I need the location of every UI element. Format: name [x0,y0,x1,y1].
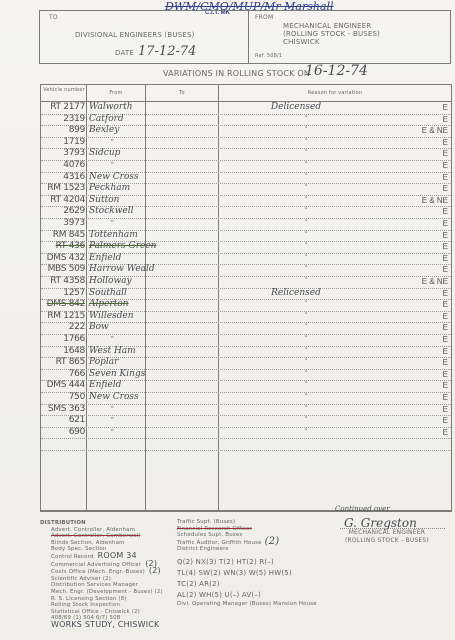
from-garage: Bexley [89,125,169,136]
distribution-item: Statistical Office - Chiswick (2) [40,609,163,616]
page-title: VARIATIONS IN ROLLING STOCK ON [163,69,310,78]
table-row: RT 4358Holloway"E & NE [41,276,451,288]
memo-header: TO DIVISIONAL ENGINEERS (BUSES) DATE 17-… [39,10,451,64]
division-code: E & NE [422,276,448,287]
distribution-item: District Engineers [177,546,317,553]
table-row: 1648West Ham"E [41,346,451,358]
district-code-line: Q(2) NX(3) T(2) HT(2) R(–) [177,557,317,568]
distribution-item-text: Financial Research Officer [177,526,252,532]
distribution-item: Schedules Supt. Buses [177,532,317,539]
reason-for-variation: " [301,137,311,148]
division-code: E [443,357,448,368]
to-label: TO [49,14,58,21]
from-garage: Sutton [89,195,169,206]
distribution-right-items: Traffic Supt. (Buses)Financial Research … [177,519,317,553]
table-row: 766Seven Kings"E [41,369,451,381]
division-code: E [443,160,448,171]
distribution-item: WORKS STUDY, CHISWICK [40,622,163,629]
signature-title-line: (ROLLING STOCK - BUSES) [345,537,429,545]
distribution-item-text: Statistical Office - Chiswick (2) [51,609,140,615]
reason-for-variation: " [301,183,311,194]
column-header-from: From [87,90,145,96]
reason-for-variation: " [301,334,311,345]
from-garage: Enfield [89,253,169,264]
from-garage: Willesden [89,311,169,322]
table-row: 4076""E [41,160,451,172]
district-codes: Q(2) NX(3) T(2) HT(2) R(–)TL(4) SW(2) WN… [177,557,317,601]
vehicle-number: RM 1215 [42,311,85,322]
vehicle-number: RT 4204 [42,195,85,206]
distribution-list-right: Traffic Supt. (Buses)Financial Research … [177,519,317,608]
reason-for-variation: " [301,253,311,264]
from-line: CHISWICK [283,38,380,46]
from-garage: " [111,415,191,426]
division-code: E [443,392,448,403]
reason-for-variation: " [301,114,311,125]
date-label: DATE [115,49,134,57]
distribution-item: Blinds Section, Aldenham [40,540,163,547]
table-row: 1719""E [41,137,451,149]
vehicle-number: 1766 [42,334,85,345]
from-garage: Enfield [89,380,169,391]
row-divider [41,450,451,451]
to-recipient: DIVISIONAL ENGINEERS (BUSES) [75,31,195,39]
distribution-item-note: (2) [149,566,161,575]
division-code: E [443,253,448,264]
division-code: E [443,380,448,391]
distribution-item-text: Blinds Section, Aldenham [51,540,125,546]
from-garage: Alperton [89,299,169,310]
vehicle-number: 3973 [42,218,85,229]
table-row: RM 1523Peckham"E [41,183,451,195]
reason-for-variation: " [301,148,311,159]
division-code: E [443,299,448,310]
from-garage: Bow [89,322,169,333]
table-row: 621""E [41,415,451,427]
distribution-item-text: Schedules Supt. Buses [177,532,242,538]
table-row: 1257SouthallRelicensedE [41,288,451,300]
from-label: FROM [255,14,273,21]
vehicle-number: RT 865 [42,357,85,368]
from-garage: Peckham [89,183,169,194]
vehicle-number: 4076 [42,160,85,171]
signature-title-line: MECHANICAL ENGINEER [345,529,429,537]
table-row: SMS 363""E [41,404,451,416]
table-row: DMS 842Alperton"E [41,299,451,311]
distribution-item: Mech. Engr. (Development - Buses) (2) [40,589,163,596]
division-code: E [443,427,448,438]
vehicle-number: RM 845 [42,230,85,241]
distribution-item-text: R. S. Licensing Section (8) [51,596,127,602]
division-code: E [443,264,448,275]
division-code: E [443,288,448,299]
division-code: E & NE [422,125,448,136]
reason-for-variation: " [301,369,311,380]
from-garage: " [111,334,191,345]
from-garage: " [111,218,191,229]
reason-for-variation: " [301,311,311,322]
distribution-item-text: District Engineers [177,546,229,552]
table-row: 1766""E [41,334,451,346]
distribution-item-text: WORKS STUDY, CHISWICK [51,620,160,629]
distribution-item: Commercial Advertising Officer(2) [40,561,163,569]
from-garage: Sidcup [89,148,169,159]
distribution-item: Rolling Stock Inspection [40,602,163,609]
division-code: E [443,311,448,322]
distribution-item-text: Commercial Advertising Officer [51,562,141,568]
distribution-item-text: Rolling Stock Inspection [51,602,120,608]
from-garage: Southall [89,288,169,299]
vehicle-number: MBS 509 [42,264,85,275]
vehicle-number: RT 436 [42,241,85,252]
distribution-item: Scientific Adviser (2) [40,576,163,583]
division-code: E [443,322,448,333]
distribution-item: Distribution Services Manager [40,582,163,589]
continued-over-note: Continued over [335,505,390,513]
column-header-vehicle: Vehicle number [43,87,85,93]
table-row: RM 845Tottenham"E [41,230,451,242]
table-row: DMS 444Enfield"E [41,380,451,392]
reason-for-variation: " [301,276,311,287]
vehicle-number: 2319 [42,114,85,125]
table-row: 2319Catford"E [41,114,451,126]
division-code: E [443,137,448,148]
reason-for-variation: " [301,241,311,252]
distribution-item-text: Advert. Controller, Aldenham [51,527,135,533]
vehicle-number: RT 2177 [42,102,85,113]
division-code: E [443,369,448,380]
reason-for-variation: " [301,195,311,206]
reason-for-variation: " [301,404,311,415]
distribution-item: Financial Research Officer [177,526,317,533]
table-row: 3793Sidcup"E [41,148,451,160]
table-row: DMS 432Enfield"E [41,253,451,265]
reference-number: Ref. 508/1 [255,53,282,59]
reason-for-variation: " [301,264,311,275]
from-garage: Walworth [89,102,169,113]
vehicle-number: 1648 [42,346,85,357]
column-header-to: To [146,90,218,96]
from-garage: New Cross [89,392,169,403]
reason-for-variation: " [301,299,311,310]
division-code: E [443,241,448,252]
from-garage: West Ham [89,346,169,357]
reason-for-variation: " [301,415,311,426]
reason-for-variation: Relicensed [226,288,366,299]
division-code: E [443,334,448,345]
reason-for-variation: " [301,125,311,136]
signature-title: MECHANICAL ENGINEER (ROLLING STOCK - BUS… [345,529,429,545]
division-code: E [443,102,448,113]
reason-for-variation: " [301,160,311,171]
from-garage: Poplar [89,357,169,368]
from-garage: New Cross [89,172,169,183]
distribution-item-text: Traffic Supt. (Buses) [177,519,235,525]
vehicle-number: 1257 [42,288,85,299]
from-line: MECHANICAL ENGINEER [283,22,380,30]
vehicle-number: 621 [42,415,85,426]
table-row: RT 865Poplar"E [41,357,451,369]
distribution-item-note: (2) [265,536,280,547]
table-row: MBS 509Harrow Weald"E [41,264,451,276]
from-garage: Catford [89,114,169,125]
division-code: E [443,415,448,426]
reason-for-variation: " [301,357,311,368]
title-date: 16-12-74 [305,63,368,79]
vehicle-number: RM 1523 [42,183,85,194]
distribution-item-text: Mech. Engr. (Development - Buses) (2) [51,589,163,595]
distribution-footer-line: Divl. Operating Manager (Buses) Mansion … [177,601,317,608]
reason-for-variation: " [301,206,311,217]
table-row: 899Bexley"E & NE [41,125,451,137]
distribution-item: Costs Office (Mech. Engr.-Buses)(2) [40,568,163,576]
table-row: RT 2177WalworthDelicensedE [41,102,451,114]
reason-for-variation: " [301,427,311,438]
division-code: E [443,148,448,159]
table-row: RT 436Palmers Green"E [41,241,451,253]
from-sender: MECHANICAL ENGINEER (ROLLING STOCK - BUS… [283,22,380,46]
from-garage: Stockwell [89,206,169,217]
distribution-item: Traffic Supt. (Buses) [177,519,317,526]
from-garage: " [111,427,191,438]
distribution-list: DISTRIBUTION Advert. Controller, Aldenha… [40,520,163,629]
vehicle-number: 899 [42,125,85,136]
memo-sheet: DWM/CMO/MUP/Mr Marshall C.I.T. MK TO DIV… [0,0,455,640]
distribution-left-items: Advert. Controller, AldenhamAdvert. Cont… [40,527,163,629]
distribution-item-note: ROOM 34 [98,551,137,560]
table-row: 750New Cross"E [41,392,451,404]
vehicle-number: DMS 842 [42,299,85,310]
vehicle-number: 766 [42,369,85,380]
table-row: RM 1215Willesden"E [41,311,451,323]
vehicle-number: 4316 [42,172,85,183]
division-code: E [443,114,448,125]
division-code: E [443,172,448,183]
reason-for-variation: " [301,172,311,183]
division-code: E [443,183,448,194]
vehicle-number: RT 4358 [42,276,85,287]
division-code: E [443,346,448,357]
vehicle-number: 222 [42,322,85,333]
reason-for-variation: " [301,380,311,391]
from-garage: Seven Kings [89,369,169,380]
district-code-line: AL(2) WH(5) U(–) AV(–) [177,590,317,601]
vehicle-number: SMS 363 [42,404,85,415]
from-garage: Tottenham [89,230,169,241]
table-row: 690""E [41,427,451,439]
division-code: E [443,230,448,241]
from-garage: Palmers Green [89,241,169,252]
division-code: E [443,206,448,217]
vehicle-number: 1719 [42,137,85,148]
distribution-item-text: Scientific Adviser (2) [51,576,111,582]
distribution-item: R. S. Licensing Section (8) [40,596,163,603]
division-code: E [443,404,448,415]
reason-for-variation: " [301,346,311,357]
distribution-item-text: Advert. Controller, Camberwell [51,533,140,539]
distribution-item-text: Control Record [51,554,94,560]
division-code: E & NE [422,195,448,206]
reason-for-variation: " [301,230,311,241]
vehicle-number: 750 [42,392,85,403]
table-row: 4316New Cross"E [41,172,451,184]
date-value: 17-12-74 [138,44,196,59]
from-garage: " [111,404,191,415]
vehicle-number: 2629 [42,206,85,217]
to-section: TO DIVISIONAL ENGINEERS (BUSES) DATE 17-… [40,11,249,63]
column-header-reason: Reason for variation [219,90,451,96]
vehicle-number: 690 [42,427,85,438]
reason-for-variation: " [301,218,311,229]
distribution-item: Advert. Controller, Camberwell [40,533,163,540]
distribution-heading: DISTRIBUTION [40,520,163,527]
reason-for-variation: " [301,392,311,403]
district-code-line: TL(4) SW(2) WN(3) W(5) HW(5) [177,568,317,579]
from-garage: " [111,137,191,148]
from-garage: Harrow Weald [89,264,169,275]
district-code-line: TC(2) AR(2) [177,579,317,590]
reason-for-variation: " [301,322,311,333]
distribution-item: Advert. Controller, Aldenham [40,527,163,534]
division-code: E [443,218,448,229]
vehicle-number: DMS 444 [42,380,85,391]
reason-for-variation: Delicensed [226,102,366,113]
table-row: RT 4204Sutton"E & NE [41,195,451,207]
distribution-item-text: Traffic Auditor, Griffith House [177,540,262,546]
table-row: 222Bow"E [41,322,451,334]
from-garage: Holloway [89,276,169,287]
distribution-item: Traffic Auditor, Griffith House(2) [177,539,317,547]
from-line: (ROLLING STOCK - BUSES) [283,30,380,38]
table-row: 3973""E [41,218,451,230]
table-row [41,438,451,450]
variations-table: Vehicle number From To Reason for variat… [40,84,452,512]
vehicle-number: DMS 432 [42,253,85,264]
vehicle-number: 3793 [42,148,85,159]
distribution-item-text: Costs Office (Mech. Engr.-Buses) [51,569,145,575]
from-garage: " [111,160,191,171]
table-row: 2629Stockwell"E [41,206,451,218]
distribution-item-text: Distribution Services Manager [51,582,138,588]
